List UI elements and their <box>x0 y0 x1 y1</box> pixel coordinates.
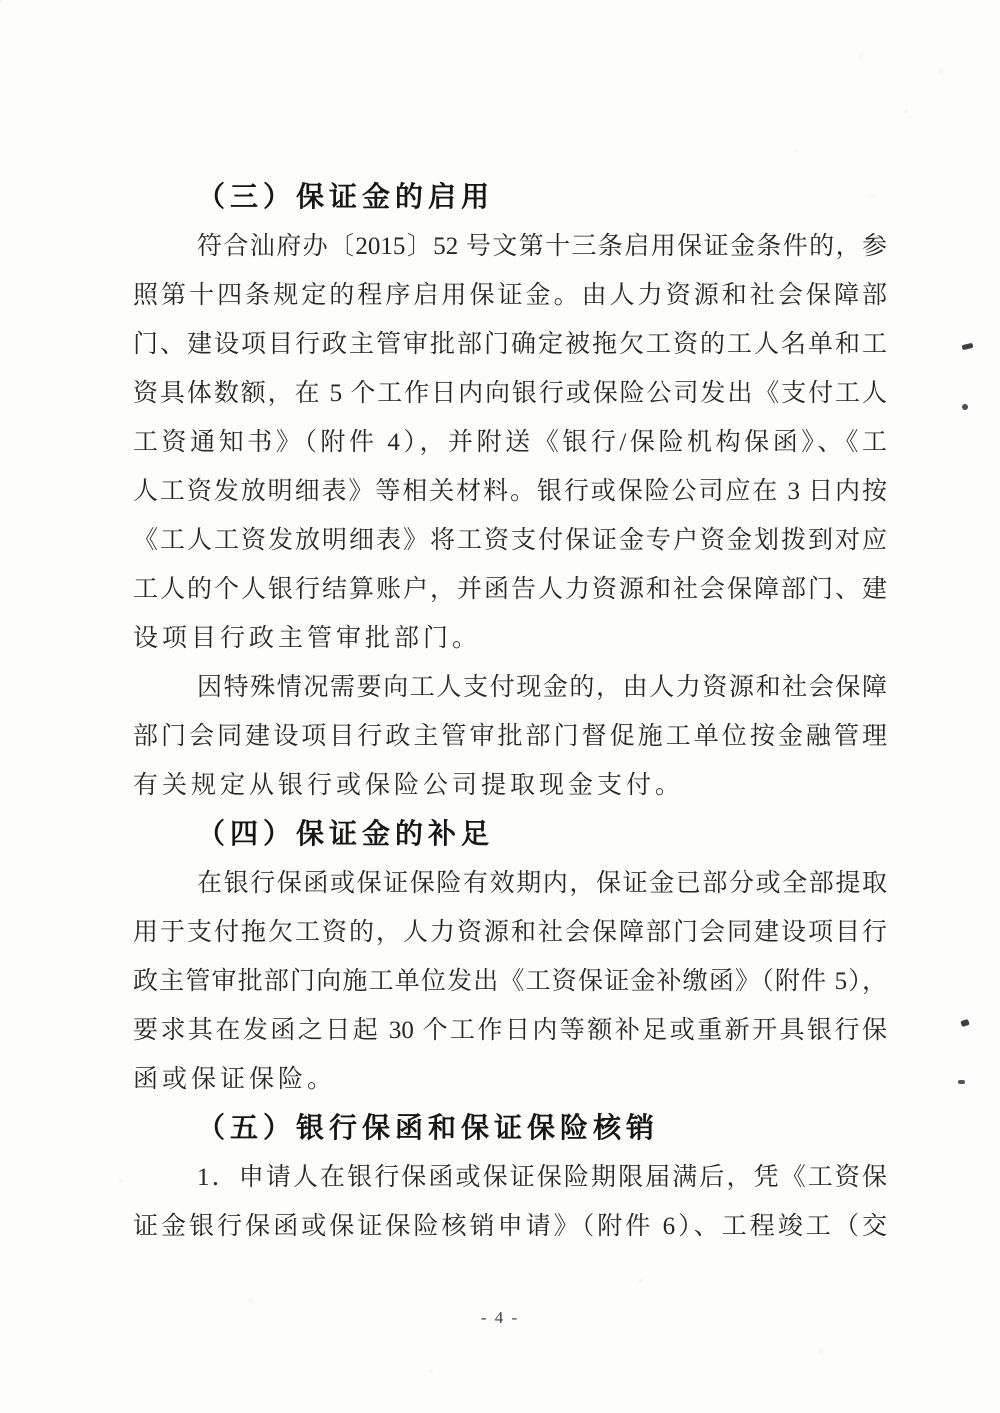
body-text-line: 1．申请人在银行保函或保证保险期限届满后，凭《工资保 <box>133 1153 887 1202</box>
body-text-line: 门、建设项目行政主管审批部门确定被拖欠工资的工人名单和工 <box>133 320 887 369</box>
body-text-line: 部门会同建设项目行政主管审批部门督促施工单位按金融管理 <box>133 712 887 761</box>
scan-artifact <box>962 404 968 410</box>
body-text-line: 人工资发放明细表》等相关材料。银行或保险公司应在 3 日内按 <box>133 467 887 516</box>
document-page: （三）保证金的启用符合汕府办〔2015〕52 号文第十三条启用保证金条件的，参照… <box>0 0 1000 1413</box>
section-heading-line: （三）保证金的启用 <box>133 173 887 222</box>
section-heading-line: （五）银行保函和保证保险核销 <box>133 1104 887 1153</box>
body-text-line: 工资通知书》（附件 4），并附送《银行/保险机构保函》、《工 <box>133 418 887 467</box>
body-text-line: 函或保证保险。 <box>133 1055 887 1104</box>
body-text-line: 工人的个人银行结算账户，并函告人力资源和社会保障部门、建 <box>133 565 887 614</box>
scan-artifact <box>958 1080 965 1084</box>
body-text-line: 证金银行保函或保证保险核销申请》（附件 6）、工程竣工（交 <box>133 1202 887 1251</box>
body-text-line: 用于支付拖欠工资的，人力资源和社会保障部门会同建设项目行 <box>133 908 887 957</box>
document-body: （三）保证金的启用符合汕府办〔2015〕52 号文第十三条启用保证金条件的，参照… <box>133 173 887 1251</box>
body-text-line: 因特殊情况需要向工人支付现金的，由人力资源和社会保障 <box>133 663 887 712</box>
body-text-line: 符合汕府办〔2015〕52 号文第十三条启用保证金条件的，参 <box>133 222 887 271</box>
body-text-line: 政主管审批部门向施工单位发出《工资保证金补缴函》（附件 5）， <box>133 957 887 1006</box>
body-text-line: 资具体数额，在 5 个工作日内向银行或保险公司发出《支付工人 <box>133 369 887 418</box>
body-text-line: 设项目行政主管审批部门。 <box>133 614 887 663</box>
page-number: - 4 - <box>0 1308 1000 1328</box>
scan-noise <box>0 0 2 2</box>
body-text-line: 在银行保函或保证保险有效期内，保证金已部分或全部提取 <box>133 859 887 908</box>
section-heading-line: （四）保证金的补足 <box>133 810 887 859</box>
scan-artifact <box>960 1019 969 1027</box>
body-text-line: 《工人工资发放明细表》将工资支付保证金专户资金划拨到对应 <box>133 516 887 565</box>
body-text-line: 要求其在发函之日起 30 个工作日内等额补足或重新开具银行保 <box>133 1006 887 1055</box>
body-text-line: 有关规定从银行或保险公司提取现金支付。 <box>133 761 887 810</box>
body-text-line: 照第十四条规定的程序启用保证金。由人力资源和社会保障部 <box>133 271 887 320</box>
scan-artifact <box>962 343 974 351</box>
